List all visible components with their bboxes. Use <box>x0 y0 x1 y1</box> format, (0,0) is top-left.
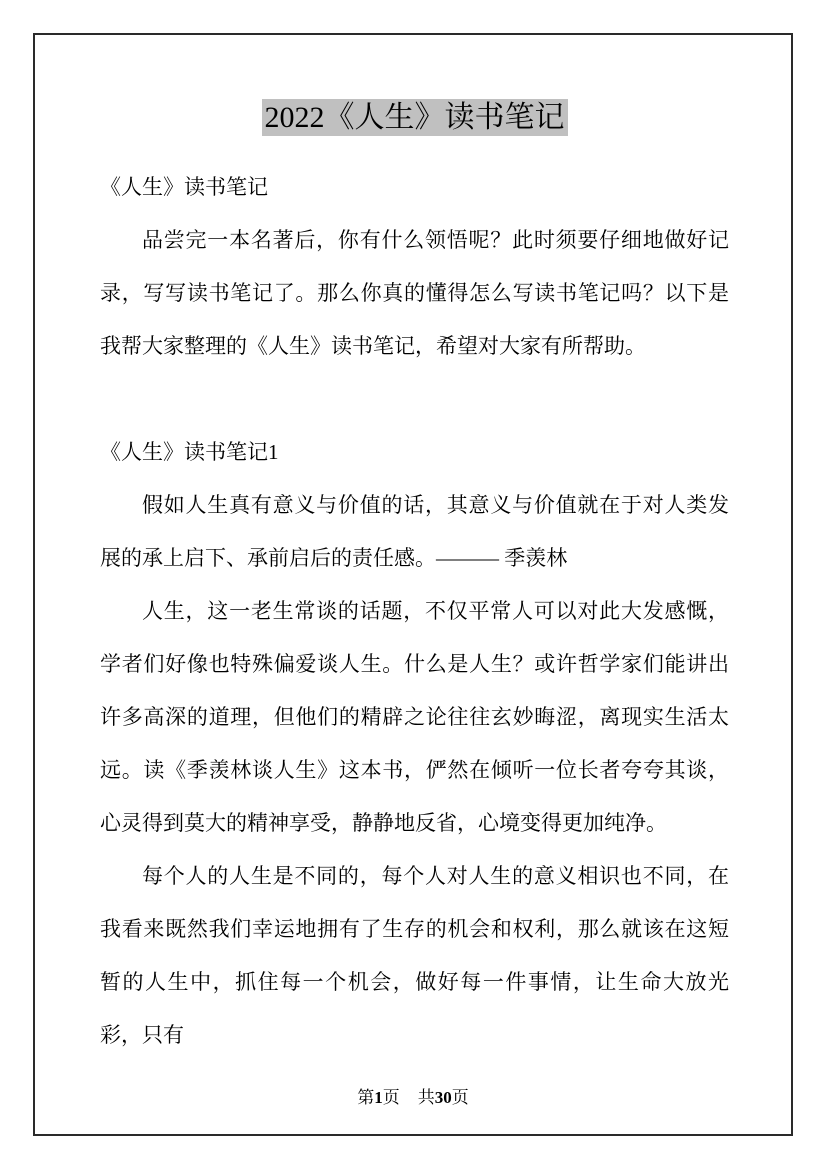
current-page-prefix: 第 <box>357 1088 374 1107</box>
paragraph-intro: 品尝完一本名著后，你有什么领悟呢？此时须要仔细地做好记录，写写读书笔记了。那么你… <box>100 214 729 373</box>
current-page-number: 1 <box>374 1088 383 1107</box>
title-highlight: 2022《人生》读书笔记 <box>262 99 568 136</box>
current-page-suffix: 页 <box>383 1088 400 1107</box>
paragraph-section-heading: 《人生》读书笔记1 <box>100 426 729 479</box>
total-pages-number: 30 <box>435 1088 452 1107</box>
document-body: 《人生》读书笔记 品尝完一本名著后，你有什么领悟呢？此时须要仔细地做好记录，写写… <box>100 161 729 1062</box>
page-footer: 第1页共30页 <box>35 1088 791 1108</box>
total-pages-prefix: 共 <box>418 1088 435 1107</box>
blank-line <box>100 373 729 426</box>
page-content: 2022《人生》读书笔记 《人生》读书笔记 品尝完一本名著后，你有什么领悟呢？此… <box>35 35 791 1062</box>
paragraph-body: 人生，这一老生常谈的话题，不仅平常人可以对此大发感慨，学者们好像也特殊偏爱谈人生… <box>100 585 729 850</box>
total-pages-group: 共30页 <box>418 1088 469 1107</box>
paragraph-quote: 假如人生真有意义与价值的话，其意义与价值就在于对人类发展的承上启下、承前启后的责… <box>100 479 729 585</box>
paragraph-subtitle: 《人生》读书笔记 <box>100 161 729 214</box>
current-page-group: 第1页 <box>357 1088 400 1107</box>
document-title: 2022《人生》读书笔记 <box>100 97 729 139</box>
total-pages-suffix: 页 <box>452 1088 469 1107</box>
document-page: 2022《人生》读书笔记 《人生》读书笔记 品尝完一本名著后，你有什么领悟呢？此… <box>33 33 793 1136</box>
paragraph-body: 每个人的人生是不同的，每个人对人生的意义相识也不同，在我看来既然我们幸运地拥有了… <box>100 850 729 1062</box>
document-canvas: 2022《人生》读书笔记 《人生》读书笔记 品尝完一本名著后，你有什么领悟呢？此… <box>0 0 827 1170</box>
